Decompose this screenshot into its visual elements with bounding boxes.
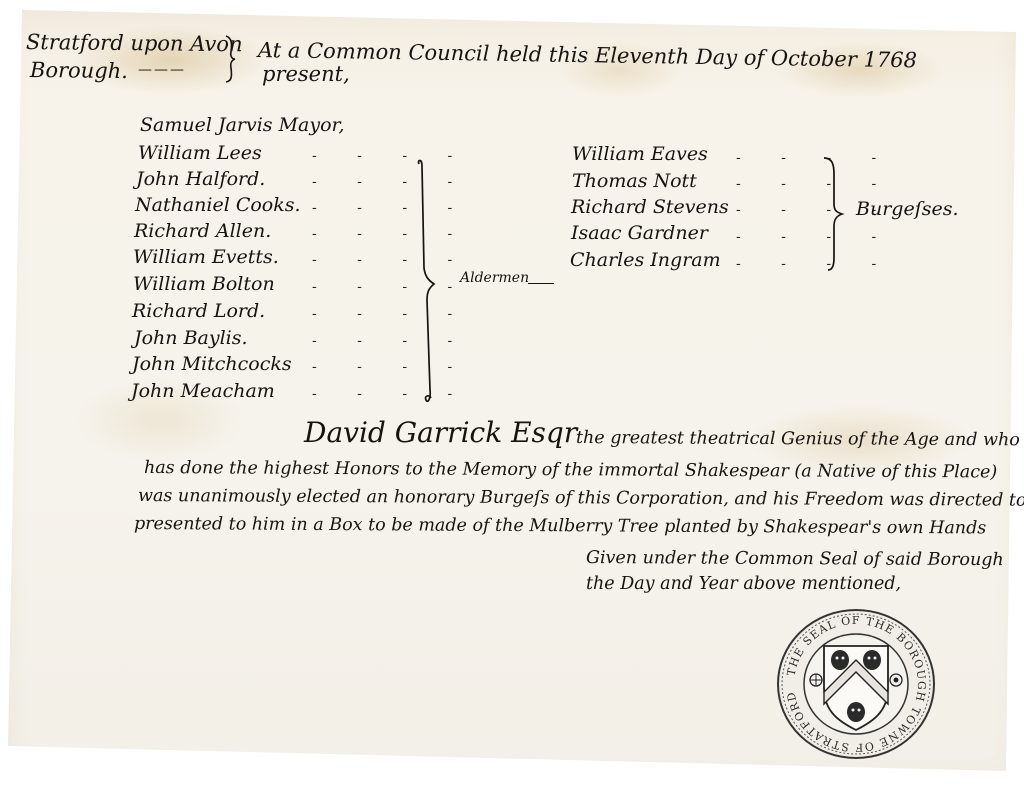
alderman-name: Richard Allen. (134, 220, 271, 242)
burgess-name: Thomas Nott (572, 170, 697, 192)
leader-dots: - - - - (736, 256, 894, 272)
leader-dots: - - - - (312, 306, 470, 322)
resolution-line-1: the greatest theatrical Genius of the Ag… (576, 428, 1020, 450)
leader-dots: - - - - (312, 252, 470, 268)
alderman-name: John Halford. (136, 168, 265, 190)
leader-dots: - - - - (736, 176, 894, 192)
burgesses-brace-icon (818, 154, 848, 274)
leader-dots: - - - - (312, 200, 470, 216)
alderman-name: Richard Lord. (132, 300, 265, 322)
honoree-name: David Garrick Esqr (304, 416, 577, 449)
leader-dots: - - - - (312, 174, 470, 190)
alderman-name: John Mitchcocks (132, 353, 292, 375)
aldermen-label-tail (528, 283, 554, 284)
borough-seal-icon: THE SEAL OF THE BOROUGH TOWNE OF STRATFO… (776, 608, 936, 760)
closing-line-2: the Day and Year above mentioned, (586, 574, 901, 594)
alderman-name: John Baylis. (134, 327, 248, 349)
leader-dots: - - - - (312, 359, 470, 375)
alderman-name: John Meacham (131, 380, 275, 402)
header-brace-icon (222, 34, 238, 84)
place-line-1: Stratford upon Avon (26, 30, 243, 56)
aldermen-brace-icon (414, 158, 444, 410)
place-dashes: ——— (138, 62, 186, 78)
leader-dots: - - - - (312, 386, 470, 402)
leader-dots: - - - - (736, 150, 894, 166)
leader-dots: - - - - (736, 229, 894, 245)
burgess-name: Isaac Gardner (571, 222, 708, 244)
leader-dots: - - - - (312, 148, 470, 164)
alderman-name: William Lees (138, 142, 262, 164)
alderman-name: Nathaniel Cooks. (135, 194, 301, 216)
leader-dots: - - - - (312, 226, 470, 242)
burgess-name: Charles Ingram (570, 249, 721, 271)
place-line-2: Borough. (30, 58, 128, 83)
burgess-name: William Eaves (572, 143, 708, 165)
leader-dots: - - - - (312, 333, 470, 349)
alderman-name: William Bolton (133, 273, 275, 295)
aldermen-label: Aldermen (460, 270, 529, 286)
burgess-name: Richard Stevens (571, 196, 729, 218)
present-label: present, (262, 62, 350, 86)
alderman-name: William Evetts. (133, 246, 279, 268)
mayor-name: Samuel Jarvis Mayor, (140, 114, 345, 136)
leader-dots: - - - - (312, 279, 470, 295)
burgesses-label: Burgeſses. (856, 198, 959, 220)
closing-line-1: Given under the Common Seal of said Boro… (586, 548, 1004, 570)
